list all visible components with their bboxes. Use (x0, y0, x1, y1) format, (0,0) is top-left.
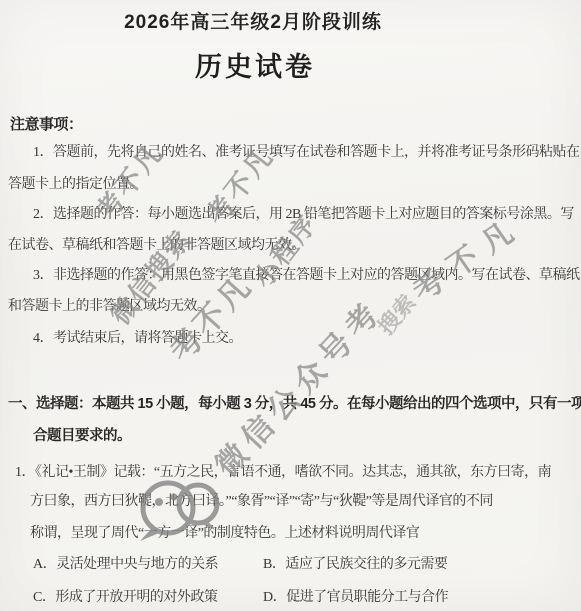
subject-title: 历史试卷 (0, 45, 510, 84)
question-line: 方曰象，西方曰狄鞮，北方曰译。”“象胥”“译”“寄”与“狄鞮”等是周代译官的不同 (30, 490, 493, 510)
notice-line: 2．选择题的作答：每小题选出答案后，用 2B 铅笔把答题卡上对应题目的答案标号涂… (33, 203, 574, 223)
notice-line: 4．考试结束后，请将答题卡上交。 (33, 327, 242, 347)
watermark-text: 搜索 (370, 287, 422, 341)
notice-line: 1．答题前，先将自己的姓名、准考证号填写在试卷和答题卡上，并将准考证号条形码粘贴… (33, 141, 580, 161)
notice-heading: 注意事项： (10, 113, 83, 134)
option-c: C．形成了开放开明的对外政策 (33, 586, 217, 606)
question-line: 称谓，呈现了周代“一方一译”的制度特色。上述材料说明周代译官 (30, 522, 419, 542)
notice-line: 在试卷、草稿纸和答题卡上的非答题区域均无效。 (8, 234, 305, 254)
option-b: B．适应了民族交往的多元需要 (263, 553, 447, 573)
option-a: A．灵活处理中央与地方的关系 (33, 553, 218, 573)
section-heading-line: 合题目要求的。 (33, 424, 131, 445)
notice-line: 答题卡上的指定位置。 (8, 173, 143, 193)
exam-paper-page: 考不凡 考不凡 微信搜索 小程序 考不凡 微信公众号考 考不凡 搜索 2026年… (0, 0, 581, 611)
notice-line: 和答题卡上的非答题区域均无效。 (8, 295, 211, 315)
notice-line: 3．非选择题的作答：用黑色签字笔直接答在答题卡上对应的答题区域内。写在试卷、草稿… (33, 264, 580, 284)
option-d: D．促进了官员职能分工与合作 (263, 586, 448, 606)
exam-session-title: 2026年高三年级2月阶段训练 (0, 7, 506, 34)
section-heading-line: 一、选择题：本题共 15 小题，每小题 3 分，共 45 分。在每小题给出的四个… (8, 392, 581, 413)
wechat-logo-watermark-icon (128, 468, 226, 562)
question-line: 1．《礼记•王制》记载：“五方之民，言语不通，嗜欲不同。达其志，通其欲，东方曰寄… (15, 461, 551, 481)
watermark-text: 微信公众号考 (203, 287, 391, 484)
